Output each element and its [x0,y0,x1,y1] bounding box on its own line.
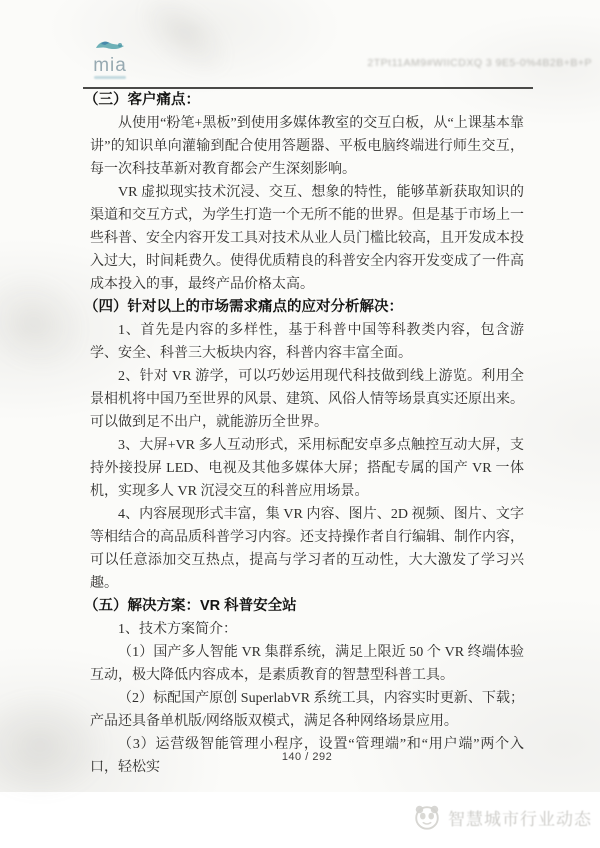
mia-logo-text: mia [93,58,127,73]
brand-name-text: 智慧城市行业动态 [448,805,592,830]
body-paragraph: 2、针对 VR 游学，可以巧妙运用现代科技做到线上游览。利用全景相机将中国乃至世… [90,365,524,434]
body-paragraph: （1）国产多人智能 VR 集群系统，满足上限近 50 个 VR 终端体验互动，极… [90,641,524,687]
section-heading: （四）针对以上的市场需求痛点的应对分析解决： [84,296,524,319]
brand-watermark: 智慧城市行业动态 [412,799,592,835]
body-paragraph: VR 虚拟现实技术沉浸、交互、想象的特性，能够革新获取知识的渠道和交互方式，为学… [90,181,524,296]
section-heading: （三）客户痛点： [84,89,524,112]
scan-smudge [124,0,247,93]
page-number: 140 / 292 [0,751,600,763]
body-paragraph: （2）标配国产原创 SuperlabVR 系统工具，内容实时更新、下载；产品还具… [90,687,524,733]
header-watermark-blurred-text: 2TPt11AM9#WIICDXQ 3 9E5-0%4B2B+B+P [268,57,592,69]
scanned-document-page: mia 2TPt11AM9#WIICDXQ 3 9E5-0%4B2B+B+P （… [0,0,600,792]
body-paragraph: 1、首先是内容的多样性，基于科普中国等科教类内容，包含游学、安全、科普三大板块内… [90,319,524,365]
mia-logo: mia [93,39,127,79]
body-paragraph: 4、内容展现形式丰富，集 VR 内容、图片、2D 视频、图片、文字等相结合的高品… [90,503,524,595]
section-heading: （五）解决方案：VR 科普安全站 [84,595,524,618]
body-paragraph: 从使用“粉笔+黑板”到使用多媒体教室的交互白板，从“上课基本靠讲”的知识单向灌输… [90,112,524,181]
document-body: （三）客户痛点： 从使用“粉笔+黑板”到使用多媒体教室的交互白板，从“上课基本靠… [90,89,524,779]
mia-logo-subtext-bar [94,76,126,79]
body-paragraph: 3、大屏+VR 多人互动形式，采用标配安卓多点触控互动大屏，支持外接投屏 LED… [90,434,524,503]
body-paragraph: 1、技术方案简介： [90,618,524,641]
mia-logo-bird-icon [93,39,127,53]
panda-logo-icon [412,802,442,832]
